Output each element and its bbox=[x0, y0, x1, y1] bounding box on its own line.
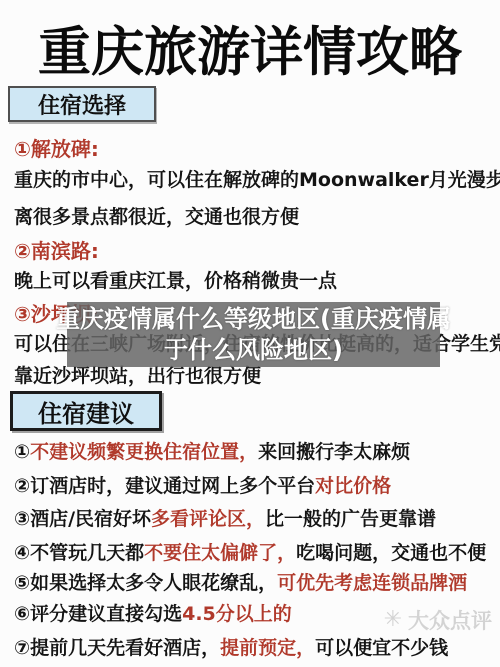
item-text: 离很多景点都很近，交通也很方便 bbox=[14, 202, 299, 229]
text-segment: ④不管玩几天都 bbox=[14, 542, 144, 564]
item-label-nanbinlu: ②南滨路: bbox=[14, 235, 99, 264]
text-segment: ⑦提前几天先看好酒店， bbox=[14, 637, 220, 659]
text-segment: 不建议频繁更换住宿位置， bbox=[30, 441, 258, 463]
advice-item-6: ⑥评分建议直接勾选4.5分以上的 bbox=[14, 599, 292, 626]
watermark-dianping: ✳ 大众点评 bbox=[382, 605, 492, 635]
text-segment: 多看评论区， bbox=[151, 508, 265, 530]
text-segment: 对比价格 bbox=[315, 475, 391, 497]
advice-item-4: ④不管玩几天都不要住太偏僻了，吃喝问题，交通也不便 bbox=[14, 538, 486, 565]
advice-item-2: ②订酒店时，建议通过网上多个平台对比价格 bbox=[14, 471, 391, 498]
caption-overlay-line1: 重庆疫情属什么等级地区(重庆疫情属 bbox=[56, 304, 451, 335]
caption-overlay-line2: 于什么风险地区) bbox=[164, 335, 343, 366]
section-header-label: 住宿建议 bbox=[38, 394, 134, 429]
text-segment: 来回搬行李太麻烦 bbox=[258, 441, 410, 463]
advice-item-3: ③酒店/民宿好坏多看评论区，比一般的广告更靠谱 bbox=[14, 504, 436, 531]
text-segment: 不要住太偏僻了， bbox=[144, 542, 296, 564]
dianping-logo-icon: ✳ bbox=[382, 609, 404, 631]
text-segment: ③酒店/民宿好坏 bbox=[14, 508, 151, 530]
text-segment: 提前预定， bbox=[220, 637, 315, 659]
text-segment: 可优先考虑连锁品牌酒 bbox=[277, 572, 467, 594]
text-segment: ⑤如果选择太多令人眼花缭乱， bbox=[14, 572, 277, 594]
section-header-label: 住宿选择 bbox=[38, 89, 126, 120]
page-title: 重庆旅游详情攻略 bbox=[0, 10, 500, 86]
text-segment: 吃喝问题，交通也不便 bbox=[296, 542, 486, 564]
watermark-text: 大众点评 bbox=[408, 605, 492, 635]
text-segment: ②订酒店时，建议通过网上多个平台 bbox=[14, 475, 315, 497]
section-header-accommodation-advice: 住宿建议 bbox=[10, 391, 162, 431]
item-text: 晚上可以看重庆江景，价格稍微贵一点 bbox=[14, 266, 337, 293]
advice-item-1: ①不建议频繁更换住宿位置，来回搬行李太麻烦 bbox=[14, 437, 410, 464]
advice-item-7: ⑦提前几天先看好酒店，提前预定，可以便宜不少钱 bbox=[14, 633, 448, 660]
text-segment: 4.5分以上的 bbox=[182, 603, 292, 625]
text-segment: ① bbox=[14, 441, 30, 463]
text-segment: ⑥评分建议直接勾选 bbox=[14, 603, 182, 625]
item-text: 重庆的市中心，可以住在解放碑的Moonwalker月光漫步民宿， bbox=[14, 165, 500, 192]
section-header-accommodation-choice: 住宿选择 bbox=[8, 86, 156, 122]
text-segment: 比一般的广告更靠谱 bbox=[265, 508, 436, 530]
advice-item-5: ⑤如果选择太多令人眼花缭乱，可优先考虑连锁品牌酒 bbox=[14, 568, 467, 595]
travel-guide-poster: 重庆旅游详情攻略 住宿选择 ①解放碑: 重庆的市中心，可以住在解放碑的Moonw… bbox=[0, 0, 500, 667]
caption-overlay: 重庆疫情属什么等级地区(重庆疫情属 于什么风险地区) bbox=[67, 302, 440, 367]
item-label-jiefangbei: ①解放碑: bbox=[14, 133, 99, 162]
text-segment: 可以便宜不少钱 bbox=[315, 637, 448, 659]
